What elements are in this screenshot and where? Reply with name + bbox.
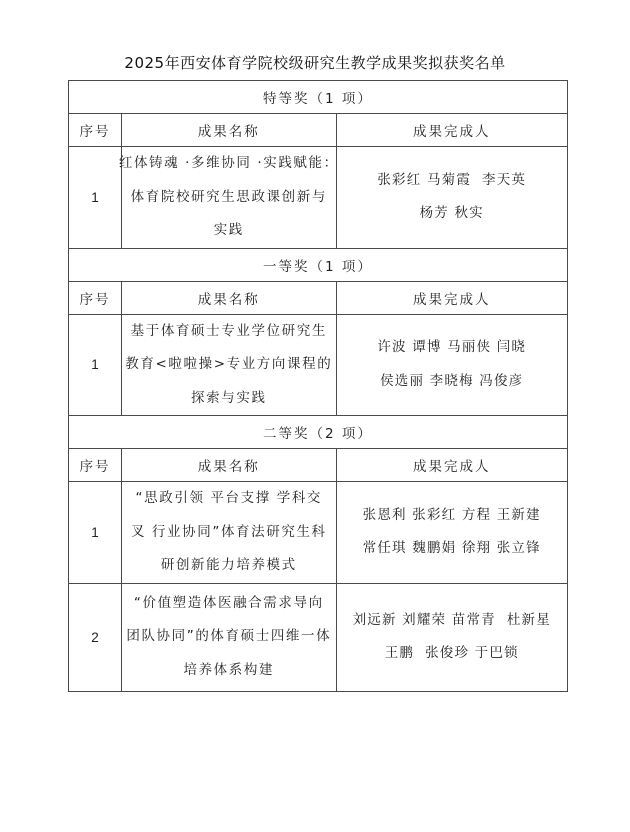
column-header-title: 成果名称 (122, 114, 336, 147)
document-title: 2025年西安体育学院校级研究生教学成果奖拟获奖名单 (0, 52, 630, 74)
entry-completers-line: 侯选丽 李晓梅 冯俊彦 (380, 365, 523, 399)
entry-completers: 张彩红 马菊霞 李天英 杨芳 秋实 (336, 147, 568, 249)
section-heading-row: 一等奖（1 项） (69, 248, 568, 281)
award-table: 特等奖（1 项） 序号 成果名称 成果完成人 1 红体铸魂 ·多维协同 ·实践赋… (68, 80, 568, 692)
entry-title-line: 团队协同”的体育硕士四维一体 (126, 620, 331, 654)
entry-completers-line: 张恩利 张彩红 方程 王新建 (363, 499, 541, 533)
column-header-row: 序号 成果名称 成果完成人 (69, 281, 568, 314)
section-heading: 一等奖（1 项） (69, 248, 568, 281)
entry-title-line: 教育<啦啦操>专业方向课程的 (125, 348, 332, 382)
column-header-title: 成果名称 (122, 449, 336, 482)
entry-title: “价值塑造体医融合需求导向 团队协同”的体育硕士四维一体 培养体系构建 (122, 583, 336, 691)
entry-title: 红体铸魂 ·多维协同 ·实践赋能： 体育院校研究生思政课创新与 实践 (122, 147, 336, 249)
column-header-completers: 成果完成人 (336, 114, 568, 147)
entry-completers-line: 王鹏 张俊珍 于巴锁 (385, 637, 519, 671)
entry-completers-line: 张彩红 马菊霞 李天英 (377, 164, 526, 198)
entry-title-line: 实践 (214, 214, 244, 248)
entry-completers: 张恩利 张彩红 方程 王新建 常任琪 魏鹏娟 徐翔 张立锋 (336, 482, 568, 584)
entry-completers-line: 杨芳 秋实 (420, 197, 484, 231)
table-row: 1 红体铸魂 ·多维协同 ·实践赋能： 体育院校研究生思政课创新与 实践 张彩红… (69, 147, 568, 249)
entry-title-line: 体育院校研究生思政课创新与 (131, 181, 327, 215)
entry-title-line: 叉 行业协同”体育法研究生科 (131, 516, 327, 550)
entry-index: 2 (69, 583, 122, 691)
entry-index: 1 (69, 314, 122, 416)
entry-index: 1 (69, 147, 122, 249)
column-header-index: 序号 (69, 449, 122, 482)
entry-title-line: “思政引领 平台支撑 学科交 (136, 482, 322, 516)
table-row: 1 “思政引领 平台支撑 学科交 叉 行业协同”体育法研究生科 研创新能力培养模… (69, 482, 568, 584)
entry-title-line: 探索与实践 (191, 382, 267, 416)
section-heading: 特等奖（1 项） (69, 81, 568, 114)
column-header-row: 序号 成果名称 成果完成人 (69, 114, 568, 147)
entry-completers: 刘远新 刘耀荣 苗常青 杜新星 王鹏 张俊珍 于巴锁 (336, 583, 568, 691)
table-row: 2 “价值塑造体医融合需求导向 团队协同”的体育硕士四维一体 培养体系构建 刘远… (69, 583, 568, 691)
entry-title: “思政引领 平台支撑 学科交 叉 行业协同”体育法研究生科 研创新能力培养模式 (122, 482, 336, 584)
entry-completers-line: 许波 谭博 马丽侠 闫晓 (377, 331, 526, 365)
column-header-index: 序号 (69, 281, 122, 314)
column-header-completers: 成果完成人 (336, 281, 568, 314)
entry-completers-line: 刘远新 刘耀荣 苗常青 杜新星 (353, 604, 551, 638)
table-row: 1 基于体育硕士专业学位研究生 教育<啦啦操>专业方向课程的 探索与实践 许波 … (69, 314, 568, 416)
entry-title: 基于体育硕士专业学位研究生 教育<啦啦操>专业方向课程的 探索与实践 (122, 314, 336, 416)
entry-completers: 许波 谭博 马丽侠 闫晓 侯选丽 李晓梅 冯俊彦 (336, 314, 568, 416)
entry-title-line: 培养体系构建 (183, 654, 274, 688)
column-header-row: 序号 成果名称 成果完成人 (69, 449, 568, 482)
entry-title-line: 基于体育硕士专业学位研究生 (131, 315, 327, 349)
entry-index: 1 (69, 482, 122, 584)
column-header-completers: 成果完成人 (336, 449, 568, 482)
column-header-title: 成果名称 (122, 281, 336, 314)
section-heading-row: 特等奖（1 项） (69, 81, 568, 114)
section-heading: 二等奖（2 项） (69, 416, 568, 449)
entry-title-line: 红体铸魂 ·多维协同 ·实践赋能： (119, 147, 339, 181)
entry-title-line: “价值塑造体医融合需求导向 (134, 587, 324, 621)
entry-completers-line: 常任琪 魏鹏娟 徐翔 张立锋 (363, 532, 541, 566)
section-heading-row: 二等奖（2 项） (69, 416, 568, 449)
entry-title-line: 研创新能力培养模式 (161, 549, 297, 583)
column-header-index: 序号 (69, 114, 122, 147)
